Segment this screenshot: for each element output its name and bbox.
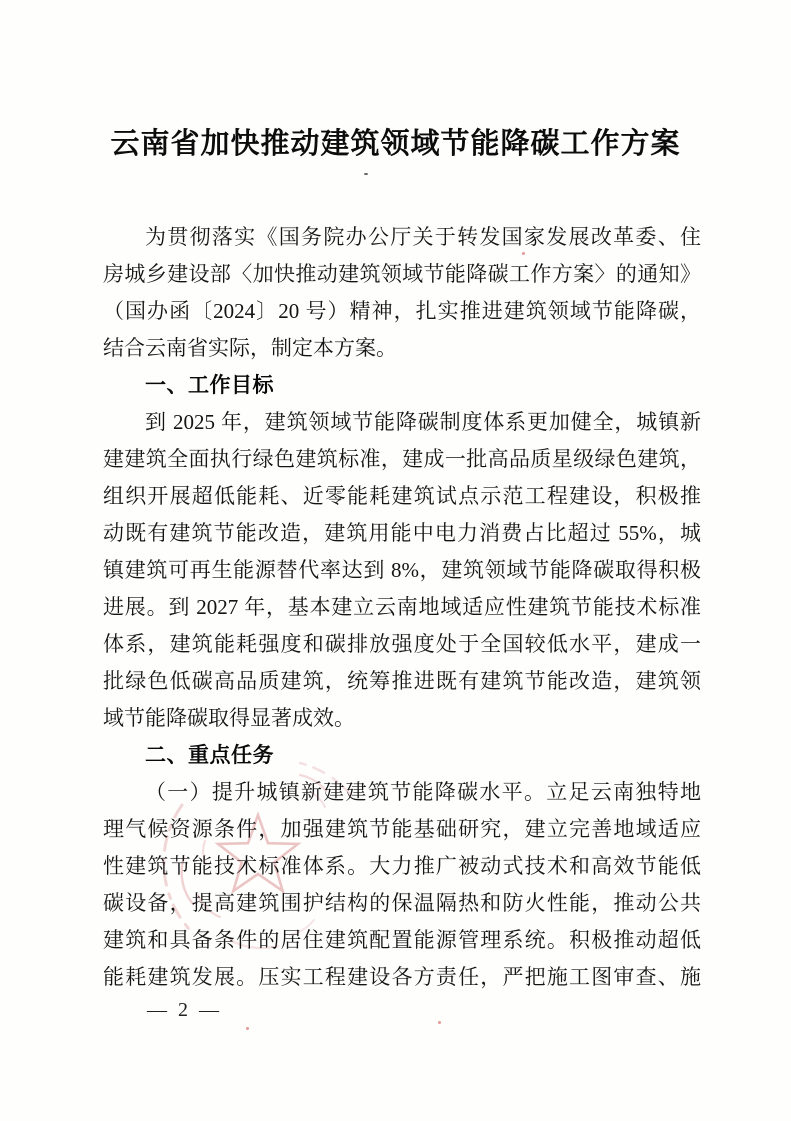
text-line: 动既有建筑节能改造，建筑用能中电力消费占比超过 55%，城 [103,515,701,552]
text-line: （一）提升城镇新建建筑节能降碳水平。立足云南独特地 [103,774,701,811]
text-line: 到 2025 年，建筑领域节能降碳制度体系更加健全，城镇新 [103,404,701,441]
text-line: 镇建筑可再生能源替代率达到 8%，建筑领域节能降碳取得积极 [103,552,701,589]
scan-speck [246,1027,249,1030]
text-line: 组织开展超低能耗、近零能耗建筑试点示范工程建设，积极推 [103,478,701,515]
text-line: 房城乡建设部〈加快推动建筑领域节能降碳工作方案〉的通知》 [103,256,701,293]
page-number: — 2 — [147,999,222,1022]
text-line: 体系，建筑能耗强度和碳排放强度处于全国较低水平，建成一 [103,626,701,663]
text-line: 批绿色低碳高品质建筑，统筹推进既有建筑节能改造，建筑领 [103,663,701,700]
document-page: 云南省加快推动建筑领域节能降碳工作方案 为贯彻落实《国务院办公厅关于转发国家发展… [0,0,791,1121]
text-line: 能耗建筑发展。压实工程建设各方责任，严把施工图审查、施 [103,959,701,996]
text-line: 进展。到 2027 年，基本建立云南地域适应性建筑节能技术标准 [103,589,701,626]
text-line: 理气候资源条件，加强建筑节能基础研究，建立完善地域适应 [103,811,701,848]
intro-paragraph: 为贯彻落实《国务院办公厅关于转发国家发展改革委、住房城乡建设部〈加快推动建筑领域… [103,219,701,367]
document-title: 云南省加快推动建筑领域节能降碳工作方案 [0,121,791,162]
document-body: 为贯彻落实《国务院办公厅关于转发国家发展改革委、住房城乡建设部〈加快推动建筑领域… [103,219,701,996]
text-line: 建建筑全面执行绿色建筑标准，建成一批高品质星级绿色建筑， [103,441,701,478]
section-2-heading: 二、重点任务 [103,737,701,774]
text-line: 建筑和具备条件的居住建筑配置能源管理系统。积极推动超低 [103,922,701,959]
text-line: （国办函〔2024〕20 号）精神，扎实推进建筑领域节能降碳， [103,293,701,330]
task-1-paragraph: （一）提升城镇新建建筑节能降碳水平。立足云南独特地理气候资源条件，加强建筑节能基… [103,774,701,996]
work-goals-paragraph: 到 2025 年，建筑领域节能降碳制度体系更加健全，城镇新建建筑全面执行绿色建筑… [103,404,701,737]
section-1-heading: 一、工作目标 [103,367,701,404]
text-line: 为贯彻落实《国务院办公厅关于转发国家发展改革委、住 [103,219,701,256]
scan-speck [364,173,368,175]
text-line: 碳设备，提高建筑围护结构的保温隔热和防火性能，推动公共 [103,885,701,922]
scan-speck [438,1021,441,1024]
text-line: 结合云南省实际，制定本方案。 [103,330,701,367]
text-line: 域节能降碳取得显著成效。 [103,700,701,737]
text-line: 性建筑节能技术标准体系。大力推广被动式技术和高效节能低 [103,848,701,885]
